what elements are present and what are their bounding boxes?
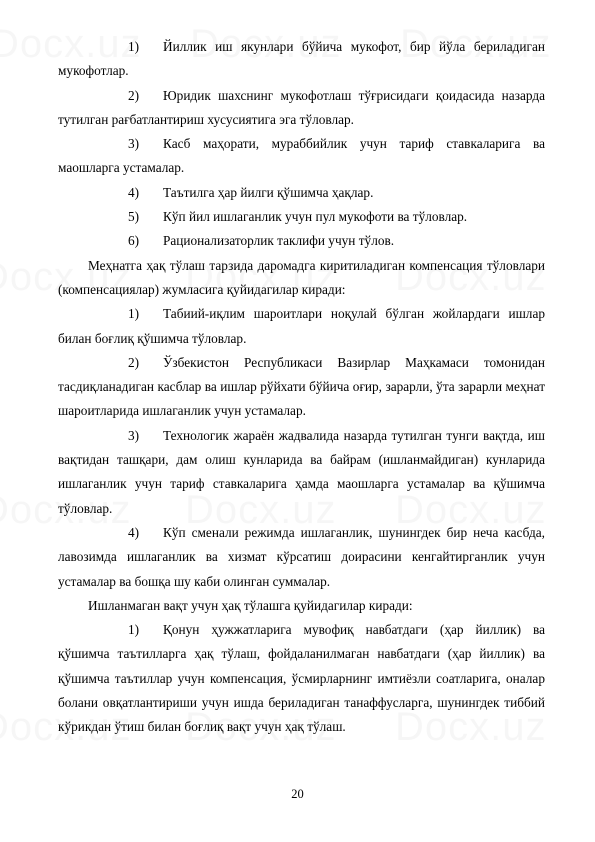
paragraph-text: Меҳнатга ҳақ тўлаш тарзида даромадга кир… — [58, 258, 545, 297]
list-number: 6) — [128, 229, 163, 253]
list-number: 4) — [128, 181, 163, 205]
list-number: 2) — [128, 84, 163, 108]
paragraph-text: Ишланмаган вақт учун ҳақ тўлашга қуйидаг… — [88, 598, 413, 613]
numbered-paragraph: 1)Йиллик иш якунлари бўйича мукофот, бир… — [58, 35, 545, 84]
numbered-paragraph: 1)Табиий-иқлим шароитлари ноқулай бўлган… — [58, 302, 545, 351]
numbered-paragraph: 6)Рационализаторлик таклифи учун тўлов. — [58, 229, 545, 253]
list-number: 3) — [128, 132, 163, 156]
paragraph-text: Рационализаторлик таклифи учун тўлов. — [163, 233, 394, 248]
page-number: 20 — [0, 787, 595, 802]
numbered-paragraph: 3)Касб маҳорати, мураббийлик учун тариф … — [58, 132, 545, 181]
list-number: 2) — [128, 351, 163, 375]
paragraph-text: Таътилга ҳар йилги қўшимча ҳақлар. — [163, 185, 373, 200]
numbered-paragraph: 2)Ўзбекистон Республикаси Вазирлар Маҳка… — [58, 351, 545, 424]
intro-paragraph: Ишланмаган вақт учун ҳақ тўлашга қуйидаг… — [58, 594, 545, 618]
numbered-paragraph: 2)Юридик шахснинг мукофотлаш тўғрисидаги… — [58, 84, 545, 133]
paragraph-text: Кўп йил ишлаганлик учун пул мукофоти ва … — [163, 209, 467, 224]
list-number: 3) — [128, 424, 163, 448]
list-number: 5) — [128, 205, 163, 229]
numbered-paragraph: 4)Кўп сменали режимда ишлаганлик, шунинг… — [58, 521, 545, 594]
numbered-paragraph: 4)Таътилга ҳар йилги қўшимча ҳақлар. — [58, 181, 545, 205]
numbered-paragraph: 3)Технологик жараён жадвалида назарда ту… — [58, 424, 545, 521]
document-body: 1)Йиллик иш якунлари бўйича мукофот, бир… — [58, 35, 545, 740]
list-number: 1) — [128, 618, 163, 642]
intro-paragraph: Меҳнатга ҳақ тўлаш тарзида даромадга кир… — [58, 254, 545, 303]
list-number: 1) — [128, 302, 163, 326]
numbered-paragraph: 5)Кўп йил ишлаганлик учун пул мукофоти в… — [58, 205, 545, 229]
document-page: Docx.uz Docx.uz Docx.uz Docx.uz Docx.uz … — [0, 0, 595, 842]
list-number: 4) — [128, 521, 163, 545]
numbered-paragraph: 1)Қонун ҳужжатларига мувофиқ навбатдаги … — [58, 618, 545, 739]
list-number: 1) — [128, 35, 163, 59]
